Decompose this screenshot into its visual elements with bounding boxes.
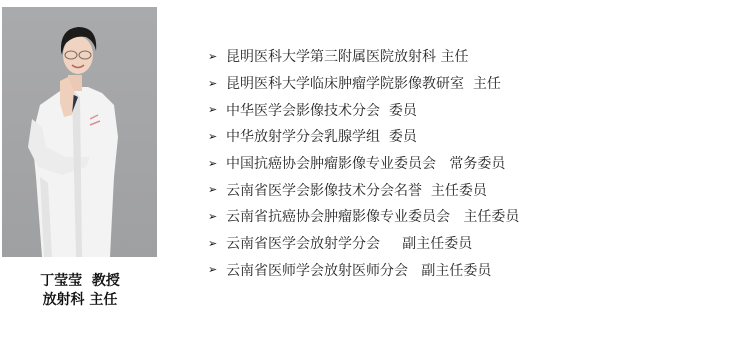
doctor-department-position: 放射科 主任 (0, 291, 160, 310)
list-item: ➢中华医学会影像技术分会 委员 (208, 96, 519, 123)
arrow-bullet-icon: ➢ (208, 183, 226, 196)
list-item: ➢云南省医学会放射学分会 副主任委员 (208, 230, 519, 257)
role-label: 中华放射学分会乳腺学组 委员 (226, 126, 417, 146)
doctor-caption: 丁莹莹 教授放射科 主任 (0, 272, 160, 310)
list-item: ➢云南省医师学会放射医师分会 副主任委员 (208, 257, 519, 284)
doctor-name-title: 丁莹莹 教授 (0, 272, 160, 291)
list-item: ➢云南省抗癌协会肿瘤影像专业委员会 主任委员 (208, 203, 519, 230)
arrow-bullet-icon: ➢ (208, 157, 226, 170)
arrow-bullet-icon: ➢ (208, 50, 226, 63)
role-label: 云南省医师学会放射医师分会 副主任委员 (226, 260, 491, 280)
arrow-bullet-icon: ➢ (208, 77, 226, 90)
list-item: ➢昆明医科大学第三附属医院放射科 主任 (208, 43, 519, 70)
arrow-bullet-icon: ➢ (208, 237, 226, 250)
arrow-bullet-icon: ➢ (208, 210, 226, 223)
arrow-bullet-icon: ➢ (208, 263, 226, 276)
list-item: ➢中华放射学分会乳腺学组 委员 (208, 123, 519, 150)
role-label: 云南省抗癌协会肿瘤影像专业委员会 主任委员 (226, 206, 519, 226)
list-item: ➢云南省医学会影像技术分会名誉 主任委员 (208, 176, 519, 203)
role-label: 云南省医学会影像技术分会名誉 主任委员 (226, 180, 487, 200)
list-item: ➢中国抗癌协会肿瘤影像专业委员会 常务委员 (208, 150, 519, 177)
role-label: 云南省医学会放射学分会 副主任委员 (226, 233, 472, 253)
role-label: 中国抗癌协会肿瘤影像专业委员会 常务委员 (226, 153, 505, 173)
arrow-bullet-icon: ➢ (208, 130, 226, 143)
list-item: ➢昆明医科大学临床肿瘤学院影像教研室 主任 (208, 70, 519, 97)
role-label: 中华医学会影像技术分会 委员 (226, 100, 417, 120)
role-label: 昆明医科大学第三附属医院放射科 主任 (226, 46, 468, 66)
roles-list: ➢昆明医科大学第三附属医院放射科 主任 ➢昆明医科大学临床肿瘤学院影像教研室 主… (208, 43, 519, 283)
portrait-photo (2, 7, 157, 257)
arrow-bullet-icon: ➢ (208, 103, 226, 116)
role-label: 昆明医科大学临床肿瘤学院影像教研室 主任 (226, 73, 501, 93)
doctor-portrait-image (2, 7, 157, 257)
